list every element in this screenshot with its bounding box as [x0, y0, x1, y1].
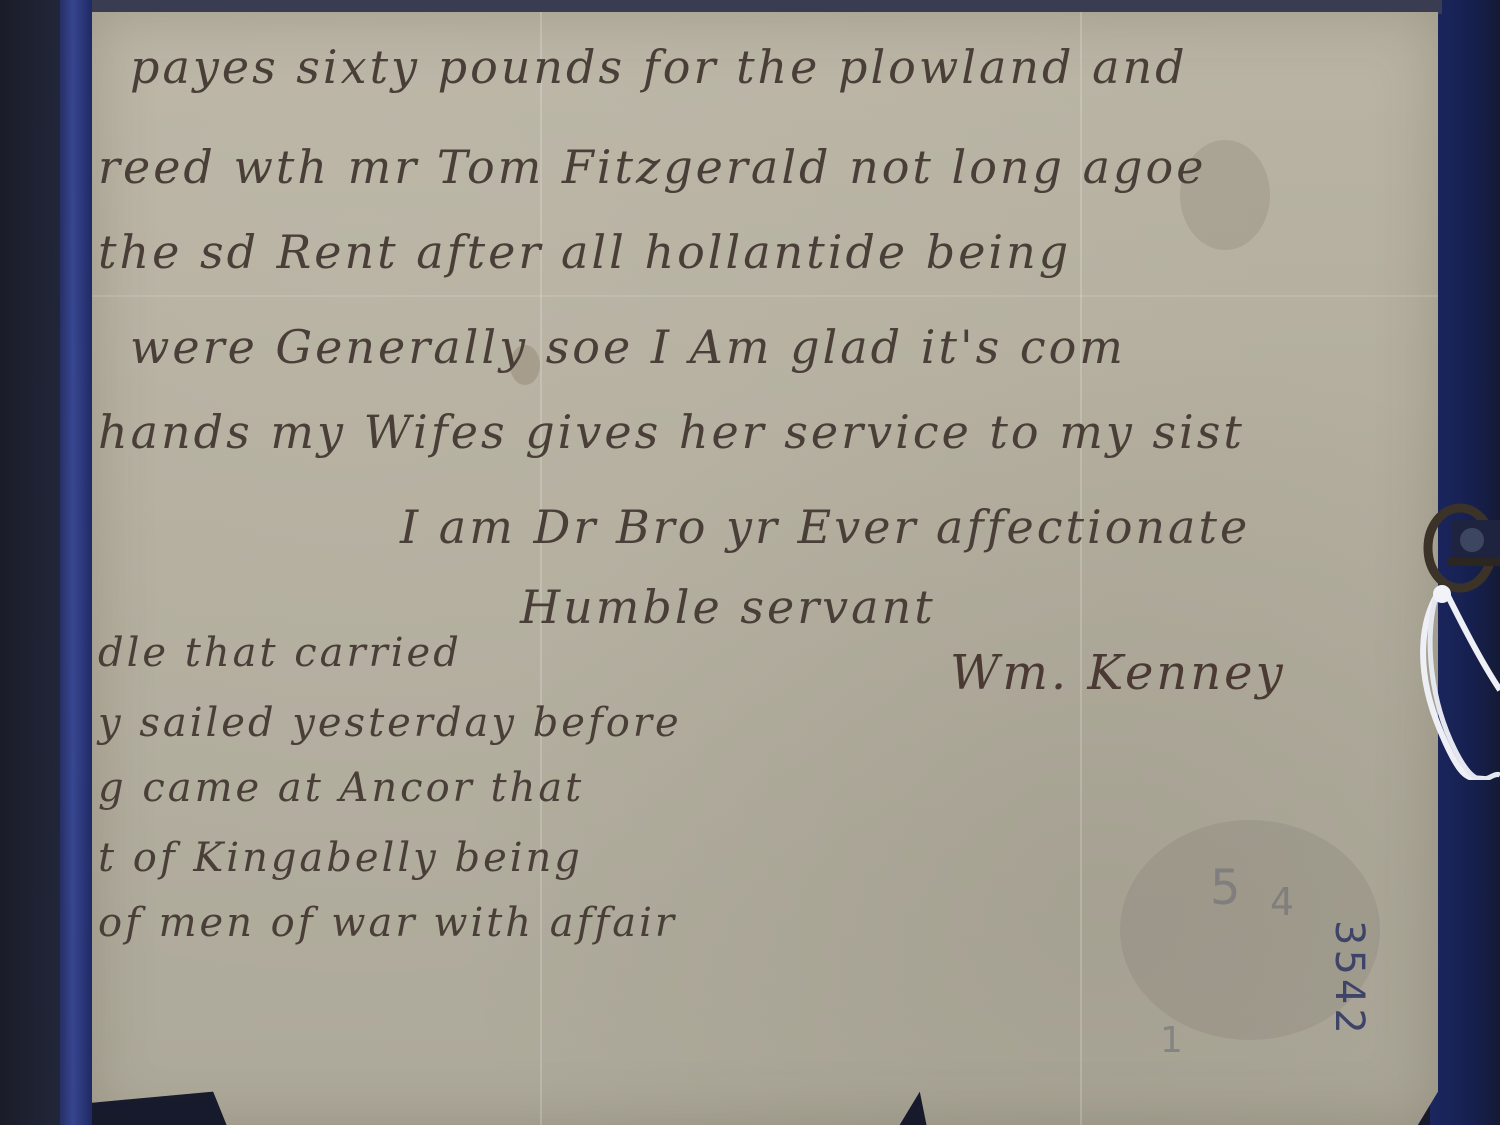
fold-crease-horizontal	[92, 295, 1438, 297]
pencil-mark: 1	[1160, 1020, 1183, 1061]
catalog-number: 3542	[1326, 920, 1372, 1038]
letter-line-2: reed wth mr Tom Fitzgerald not long agoe	[98, 140, 1206, 194]
letter-line-4: were Generally soe I Am glad it's com	[130, 320, 1126, 374]
frame-left-board	[0, 0, 62, 1125]
white-string-tie-icon	[1410, 580, 1500, 780]
margin-line-4: t of Kingabelly being	[98, 835, 583, 881]
closing-subscription: Humble servant	[520, 580, 936, 634]
letter-line-3: the sd Rent after all hollantide being	[98, 225, 1071, 279]
margin-line-2: y sailed yesterday before	[98, 700, 682, 746]
pencil-mark: 5	[1210, 860, 1241, 916]
margin-line-3: g came at Ancor that	[98, 765, 584, 811]
signature: Wm. Kenney	[950, 645, 1286, 701]
pencil-mark: 4	[1270, 880, 1294, 924]
letter-line-1: payes sixty pounds for the plowland and	[130, 40, 1188, 94]
closing-salutation: I am Dr Bro yr Ever affectionate	[400, 500, 1250, 554]
frame-blue-edge	[60, 0, 92, 1125]
letter-line-5: hands my Wifes gives her service to my s…	[98, 405, 1245, 459]
margin-line-1: dle that carried	[98, 630, 462, 676]
frame-top-edge	[92, 0, 1442, 14]
margin-line-5: of men of war with affair	[98, 900, 677, 946]
